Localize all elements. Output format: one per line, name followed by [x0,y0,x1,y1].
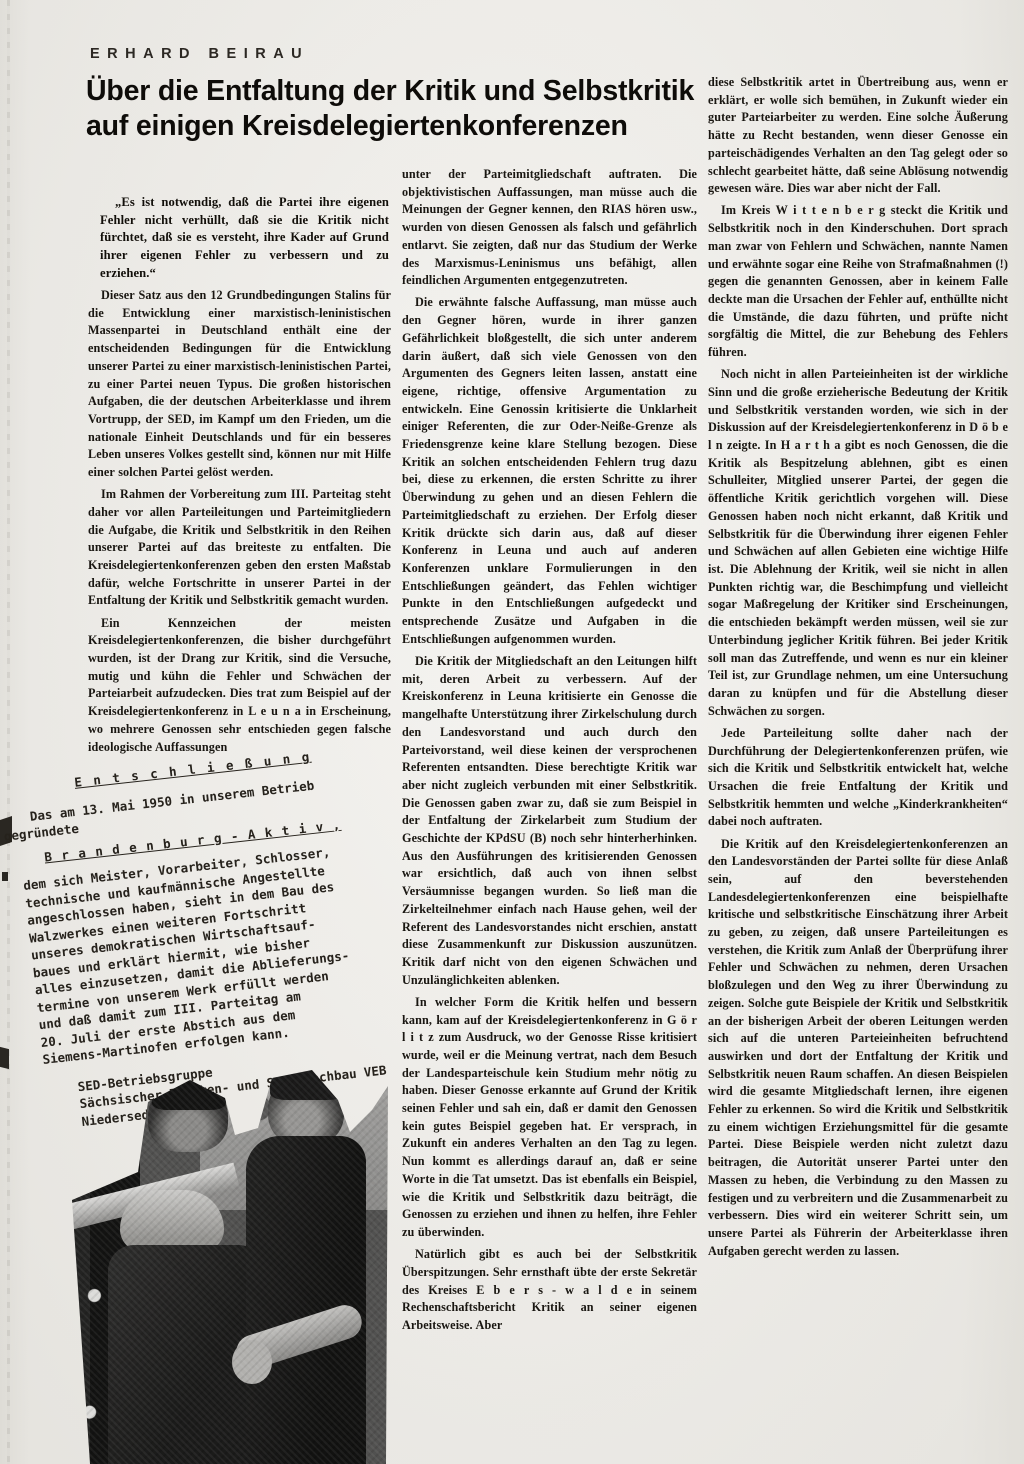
article-title-line2: auf einigen Kreisdelegiertenkonferenzen [86,109,726,144]
paragraph: Noch nicht in allen Parteieinheiten ist … [708,366,1008,720]
paragraph: Natürlich gibt es auch bei der Selbstkri… [402,1246,697,1335]
article-title: Über die Entfaltung der Kritik und Selbs… [86,74,726,144]
scan-edge-artifact [7,0,10,1464]
paragraph: diese Selbstkritik artet in Übertreibung… [708,74,1008,198]
paragraph: Die Kritik auf den Kreisdelegiertenkonfe… [708,836,1008,1261]
paragraph: Im Kreis W i t t e n b e r g steckt die … [708,202,1008,361]
paragraph: Dieser Satz aus den 12 Grundbedingungen … [88,287,391,482]
resolution-document: E n t s c h l i e ß u n g Das am 13. Mai… [0,731,498,1137]
paragraph: Jede Parteileitung sollte daher nach der… [708,725,1008,831]
article-title-line1: Über die Entfaltung der Kritik und Selbs… [86,74,726,109]
resolution-body: dem sich Meister, Vorarbeiter, Schlosser… [0,828,491,1072]
author-byline: ERHARD BEIRAU [90,46,309,62]
paragraph: unter der Parteimitgliedschaft auftraten… [402,166,697,290]
paragraph: „Es ist notwendig, daß die Partei ihre e… [88,194,391,283]
newspaper-page-scan: { "page": { "author": "ERHARD BEIRAU", "… [0,0,1024,1464]
text-column-3: diese Selbstkritik artet in Übertreibung… [708,74,1008,1424]
paragraph: Ein Kennzeichen der meisten Kreisdelegie… [88,615,391,757]
paragraph: Die erwähnte falsche Auffassung, man müs… [402,294,697,648]
text-column-1: „Es ist notwendig, daß die Partei ihre e… [88,194,391,786]
scan-speck [0,1047,9,1069]
paragraph: Im Rahmen der Vorbereitung zum III. Part… [88,486,391,610]
